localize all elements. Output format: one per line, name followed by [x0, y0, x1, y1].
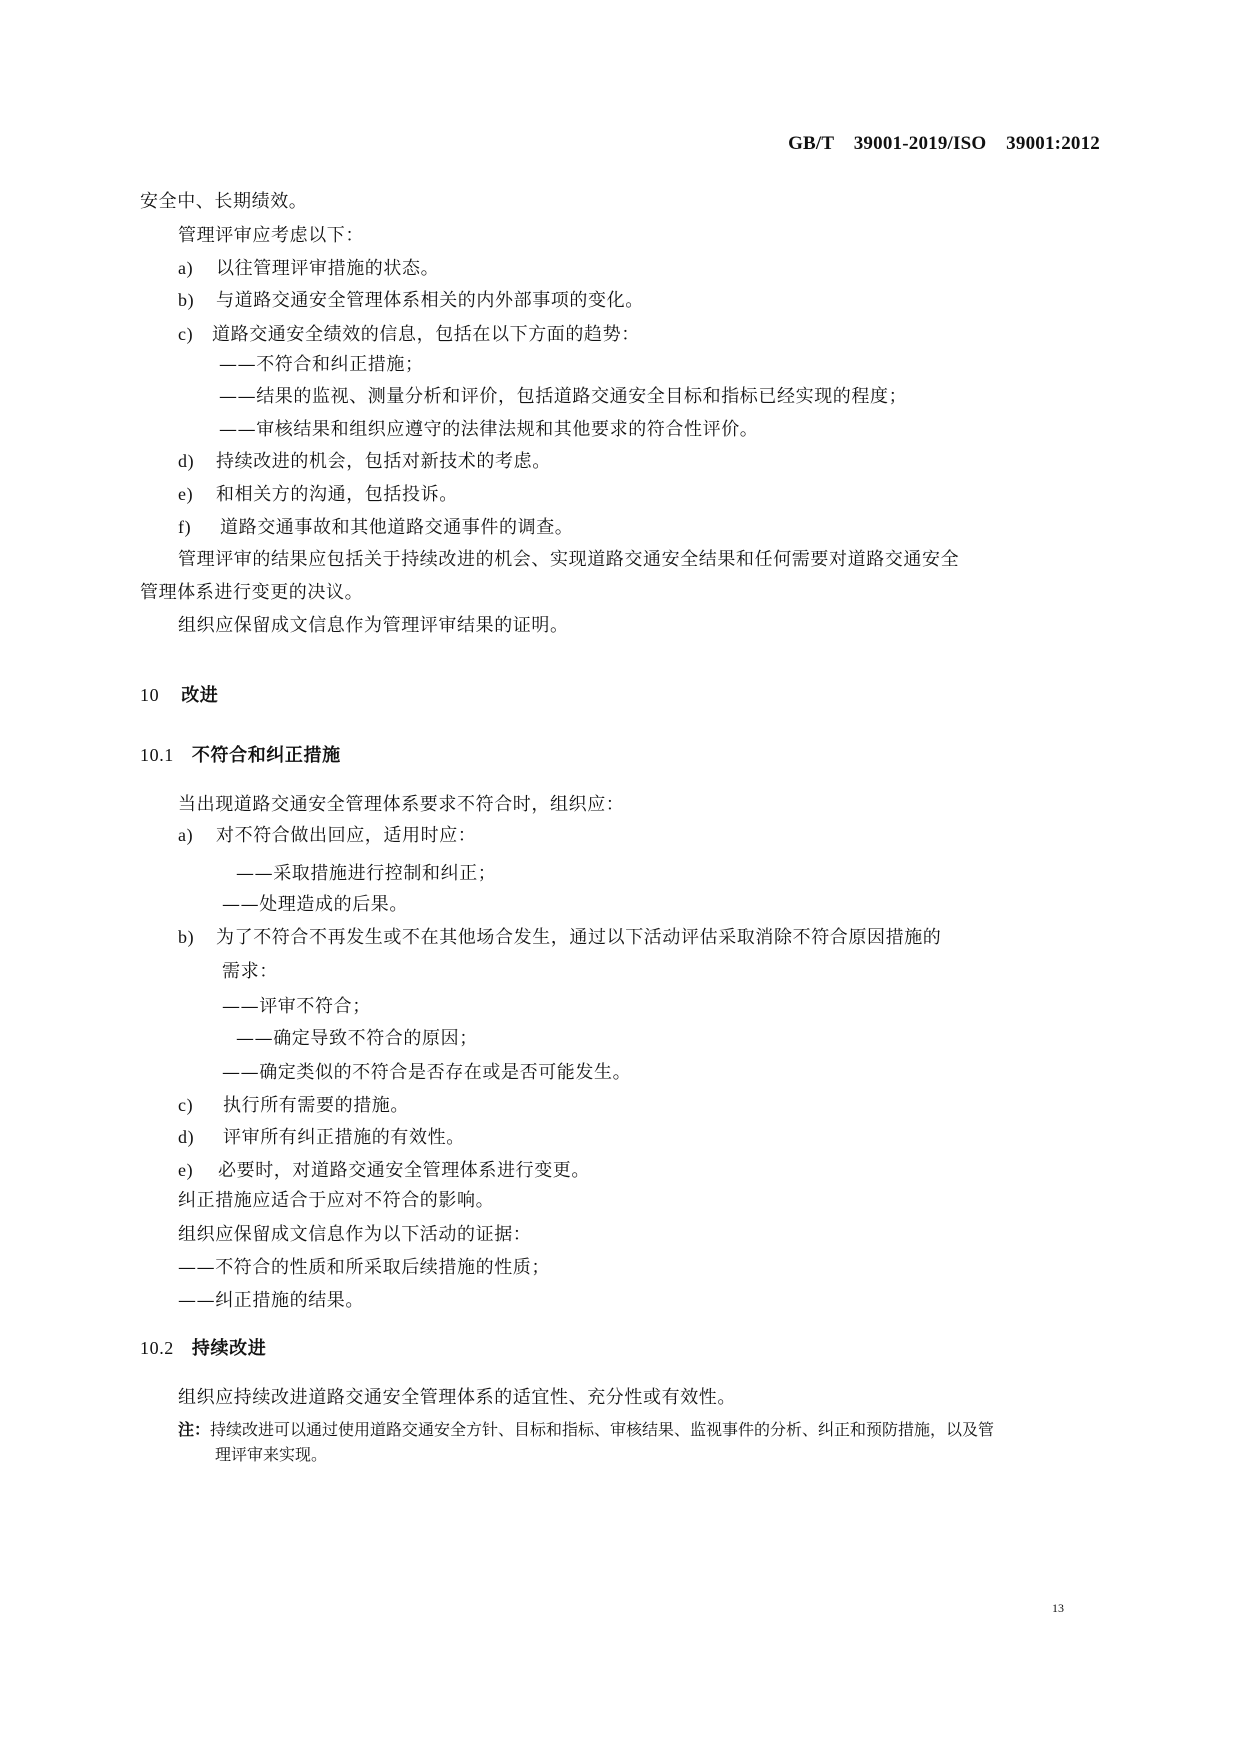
- continuation-text: 安全中、长期绩效。: [140, 190, 307, 214]
- item-label: c): [178, 1093, 223, 1117]
- list-item: a)以往管理评审措施的状态。: [178, 256, 439, 281]
- item-label: e): [178, 482, 216, 506]
- list-item-cont: 需求：: [222, 960, 278, 984]
- section-heading-10-2: 10.2持续改进: [140, 1336, 266, 1361]
- item-label: b): [178, 288, 216, 312]
- evidence-item: ——纠正措施的结果。: [178, 1289, 364, 1313]
- corrective-fit: 纠正措施应适合于应对不符合的影响。: [178, 1189, 494, 1213]
- sub-item: ——结果的监视、测量分析和评价，包括道路交通安全目标和指标已经实现的程度；: [219, 385, 907, 409]
- sub-item: ——不符合和纠正措施；: [219, 353, 424, 377]
- item-label: c): [178, 322, 212, 346]
- sub-item: ——采取措施进行控制和纠正；: [236, 862, 496, 886]
- note-label: 注：: [178, 1420, 210, 1439]
- document-page: GB/T 39001-2019/ISO 39001:2012 安全中、长期绩效。…: [0, 0, 1240, 1755]
- evidence-item: ——不符合的性质和所采取后续措施的性质；: [178, 1256, 550, 1280]
- review-results: 管理评审的结果应包括关于持续改进的机会、实现道路交通安全结果和任何需要对道路交通…: [178, 548, 959, 572]
- review-intro: 管理评审应考虑以下：: [178, 224, 364, 248]
- item-label: a): [178, 256, 216, 280]
- sub-item: ——评审不符合；: [222, 995, 371, 1019]
- evidence-intro: 组织应保留成文信息作为以下活动的证据：: [178, 1223, 531, 1247]
- item-label: e): [178, 1158, 218, 1182]
- sub-item: ——确定类似的不符合是否存在或是否可能发生。: [222, 1061, 631, 1085]
- item-label: a): [178, 823, 216, 847]
- section-heading-10-1: 10.1不符合和纠正措施: [140, 743, 341, 768]
- list-item: d)持续改进的机会，包括对新技术的考虑。: [178, 449, 551, 474]
- note-cont: 理评审来实现。: [215, 1443, 327, 1467]
- page-number: 13: [1052, 1601, 1064, 1616]
- standard-header: GB/T 39001-2019/ISO 39001:2012: [788, 133, 1100, 155]
- list-item: d)评审所有纠正措施的有效性。: [178, 1125, 465, 1150]
- list-item: c)执行所有需要的措施。: [178, 1093, 409, 1118]
- continual-improvement-text: 组织应持续改进道路交通安全管理体系的适宜性、充分性或有效性。: [178, 1386, 736, 1410]
- section-heading-10: 10改进: [140, 683, 218, 708]
- item-label: f): [178, 515, 220, 539]
- list-item: b)为了不符合不再发生或不在其他场合发生，通过以下活动评估采取消除不符合原因措施…: [178, 925, 941, 950]
- item-label: d): [178, 1125, 223, 1149]
- list-item: f)道路交通事故和其他道路交通事件的调查。: [178, 515, 573, 540]
- sub-item: ——确定导致不符合的原因；: [236, 1027, 478, 1051]
- sub-item: ——处理造成的后果。: [222, 893, 408, 917]
- list-item: c)道路交通安全绩效的信息，包括在以下方面的趋势：: [178, 322, 640, 347]
- list-item: e)和相关方的沟通，包括投诉。: [178, 482, 458, 507]
- list-item: e)必要时，对道路交通安全管理体系进行变更。: [178, 1158, 590, 1183]
- list-item: b)与道路交通安全管理体系相关的内外部事项的变化。: [178, 288, 644, 313]
- item-label: d): [178, 449, 216, 473]
- list-item: a)对不符合做出回应，适用时应：: [178, 823, 476, 848]
- item-label: b): [178, 925, 216, 949]
- nc-intro: 当出现道路交通安全管理体系要求不符合时，组织应：: [178, 793, 624, 817]
- review-results-cont: 管理体系进行变更的决议。: [140, 581, 363, 605]
- sub-item: ——审核结果和组织应遵守的法律法规和其他要求的符合性评价。: [219, 418, 758, 442]
- note: 注：持续改进可以通过使用道路交通安全方针、目标和指标、审核结果、监视事件的分析、…: [178, 1418, 994, 1442]
- retain-info: 组织应保留成文信息作为管理评审结果的证明。: [178, 614, 569, 638]
